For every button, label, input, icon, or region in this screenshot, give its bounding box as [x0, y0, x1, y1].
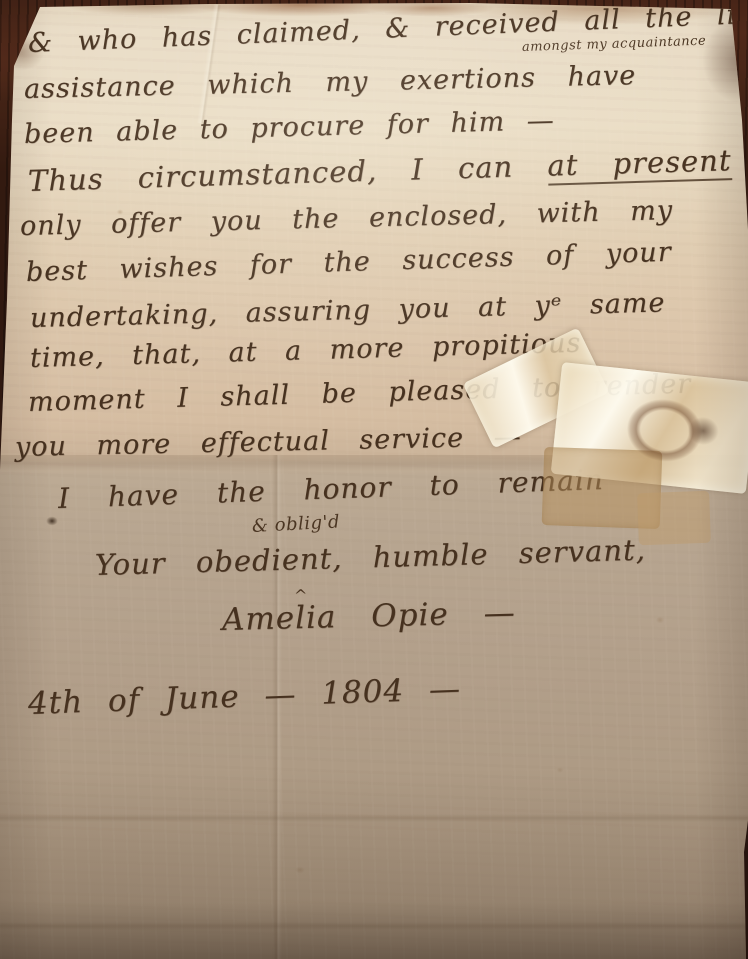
signature: Amelia Opie — [222, 595, 516, 638]
matte-tape-patch [637, 491, 711, 545]
underlined-words-at-present: at present [547, 143, 732, 185]
letter-paper: & who has claimed, & received all the li… [0, 0, 748, 959]
seal-stain [592, 374, 732, 487]
photograph-of-letter: & who has claimed, & received all the li… [0, 0, 748, 959]
